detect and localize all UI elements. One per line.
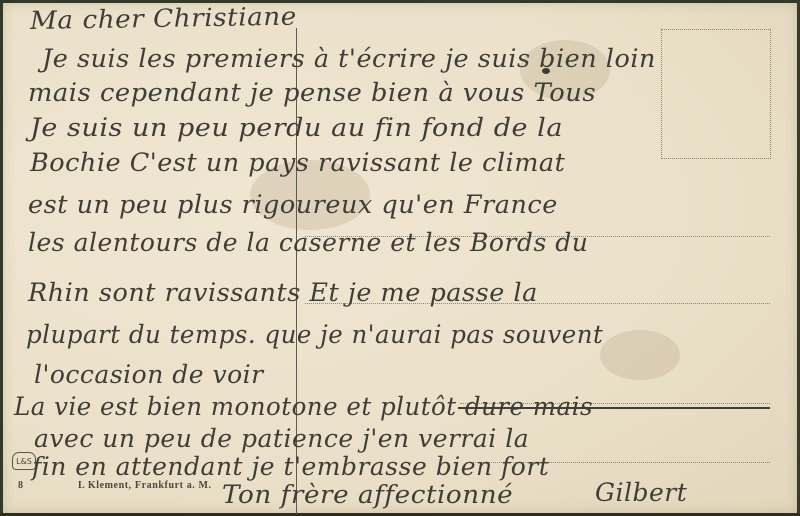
message-line-9: l'occasion de voir <box>34 360 264 389</box>
paper-stain <box>600 330 680 380</box>
message-line-6: les alentours de la caserne et les Bords… <box>28 228 588 257</box>
message-line-8: plupart du temps. que je n'aurai pas sou… <box>26 320 603 349</box>
message-line-11: avec un peu de patience j'en verrai la <box>34 424 529 453</box>
message-line-5: est un peu plus rigoureux qu'en France <box>28 190 558 219</box>
message-line-12: fin en attendant je t'embrasse bien fort <box>32 452 549 481</box>
card-edge-left <box>0 0 3 516</box>
signature: Gilbert <box>595 478 687 507</box>
message-line-4: Bochie C'est un pays ravissant le climat <box>30 148 565 177</box>
strikethrough-mark <box>458 407 770 409</box>
message-line-1: Je suis les premiers à t'écrire je suis … <box>42 44 656 73</box>
card-number: 8 <box>18 480 23 491</box>
message-line-3: Je suis un peu perdu au fin fond de la <box>30 113 563 142</box>
message-line-7: Rhin sont ravissants Et je me passe la <box>28 278 538 307</box>
publisher-logo-icon: L&S <box>12 452 36 470</box>
logo-mark: L&S <box>16 457 32 466</box>
card-edge-top <box>0 0 800 3</box>
greeting-line: Ma cher Christiane <box>30 2 297 35</box>
message-line-2: mais cependant je pense bien à vous Tous <box>28 78 596 107</box>
closing-line: Ton frère affectionné <box>222 480 513 509</box>
publisher-imprint: L Klement, Frankfurt a. M. <box>78 480 212 491</box>
postcard-back: Ma cher Christiane Je suis les premiers … <box>0 0 800 516</box>
stamp-box <box>661 29 771 159</box>
